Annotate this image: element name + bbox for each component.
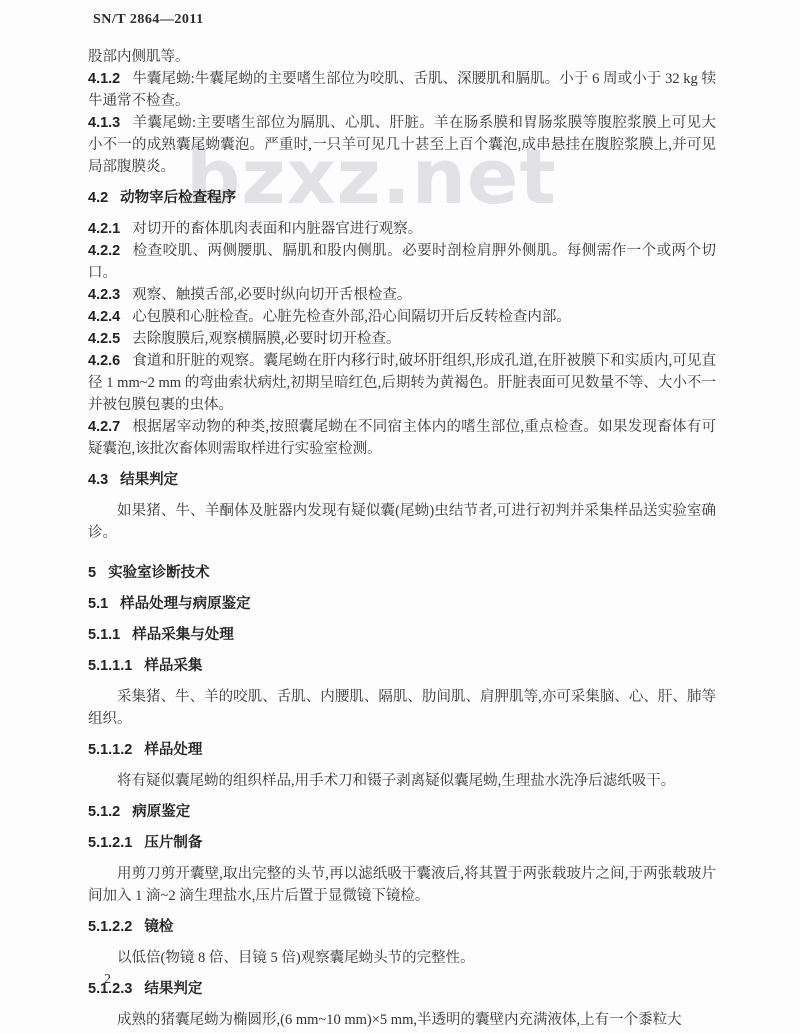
section-heading: 5.1.1.2样品处理 [88,739,716,761]
doc-code: SN/T 2864—2011 [93,12,204,28]
paragraph-text: 用剪刀剪开囊壁,取出完整的头节,再以滤纸吸干囊液后,将其置于两张载玻片之间,于两… [88,866,716,904]
paragraph-text: 采集猪、牛、羊的咬肌、舌肌、内腰肌、隔肌、肋间肌、肩胛肌等,亦可采集脑、心、肝、… [88,689,716,727]
paragraph: 4.2.5去除腹膜后,观察横膈膜,必要时切开检查。 [88,328,716,350]
paragraph: 4.2.2检查咬肌、两侧腰肌、膈肌和股内侧肌。必要时剖检肩胛外侧肌。每侧需作一个… [88,240,716,284]
paragraph: 4.2.1对切开的畜体肌肉表面和内脏器官进行观察。 [88,218,716,240]
paragraph-text: 压片制备 [144,835,202,851]
paragraph: 4.1.3羊囊尾蚴:主要嗜生部位为膈肌、心肌、肝脏。羊在肠系膜和胃肠浆膜等腹腔浆… [88,112,716,178]
section-heading: 5实验室诊断技术 [88,562,716,584]
section-heading: 5.1样品处理与病原鉴定 [88,593,716,615]
paragraph-text: 股部内侧肌等。 [88,49,190,65]
paragraph-text: 动物宰后检查程序 [120,190,236,206]
paragraph-text: 去除腹膜后,观察横膈膜,必要时切开检查。 [132,331,400,347]
section-heading: 5.1.1样品采集与处理 [88,624,716,646]
section-heading: 5.1.2.1压片制备 [88,832,716,854]
clause-number: 5.1.1.2 [88,742,132,758]
paragraph-text: 成熟的猪囊尾蚴为椭圆形,(6 mm~10 mm)×5 mm,半透明的囊壁内充满液… [117,1012,682,1028]
clause-number: 5.1.2 [88,804,120,820]
clause-number: 5 [88,565,96,581]
clause-number: 4.2.5 [88,331,120,347]
clause-number: 5.1 [88,596,108,612]
paragraph-text: 样品处理与病原鉴定 [120,596,251,612]
clause-number: 4.2.3 [88,287,120,303]
paragraph: 用剪刀剪开囊壁,取出完整的头节,再以滤纸吸干囊液后,将其置于两张载玻片之间,于两… [88,863,716,907]
paragraph-text: 如果猪、牛、羊酮体及脏器内发现有疑似囊(尾蚴)虫结节者,可进行初判并采集样品送实… [88,503,716,541]
clause-number: 5.1.1.1 [88,658,132,674]
section-heading: 5.1.2病原鉴定 [88,801,716,823]
paragraph-text: 观察、触摸舌部,必要时纵向切开舌根检查。 [132,287,411,303]
paragraph: 成熟的猪囊尾蚴为椭圆形,(6 mm~10 mm)×5 mm,半透明的囊壁内充满液… [88,1009,716,1031]
clause-number: 4.2.1 [88,221,120,237]
paragraph-text: 病原鉴定 [132,804,190,820]
paragraph: 4.2.3观察、触摸舌部,必要时纵向切开舌根检查。 [88,284,716,306]
paragraph-text: 以低倍(物镜 8 倍、目镜 5 倍)观察囊尾蚴头节的完整性。 [117,950,475,966]
clause-number: 5.1.2.1 [88,835,132,851]
section-heading: 5.1.1.1样品采集 [88,655,716,677]
clause-number: 4.2.2 [88,243,120,259]
paragraph-text: 羊囊尾蚴:主要嗜生部位为膈肌、心肌、肝脏。羊在肠系膜和胃肠浆膜等腹腔浆膜上可见大… [88,115,716,175]
section-heading: 4.2动物宰后检查程序 [88,187,716,209]
clause-number: 4.2.4 [88,309,120,325]
paragraph: 以低倍(物镜 8 倍、目镜 5 倍)观察囊尾蚴头节的完整性。 [88,947,716,969]
paragraph-text: 样品处理 [144,742,202,758]
paragraph-text: 结果判定 [144,981,202,997]
clause-number: 4.2.7 [88,419,120,435]
document-page: bzxz.net SN/T 2864—2011 股部内侧肌等。4.1.2牛囊尾蚴… [0,0,800,1034]
paragraph-text: 牛囊尾蚴:牛囊尾蚴的主要嗜生部位为咬肌、舌肌、深腰肌和膈肌。小于 6 周或小于 … [88,71,716,109]
clause-number: 4.2.6 [88,353,120,369]
paragraph: 4.2.7根据屠宰动物的种类,按照囊尾蚴在不同宿主体内的嗜生部位,重点检查。如果… [88,416,716,460]
doc-content: 股部内侧肌等。4.1.2牛囊尾蚴:牛囊尾蚴的主要嗜生部位为咬肌、舌肌、深腰肌和膈… [88,46,716,1034]
paragraph-text: 将有疑似囊尾蚴的组织样品,用手术刀和镊子剥离疑似囊尾蚴,生理盐水洗净后滤纸吸干。 [117,773,675,789]
paragraph: 将有疑似囊尾蚴的组织样品,用手术刀和镊子剥离疑似囊尾蚴,生理盐水洗净后滤纸吸干。 [88,770,716,792]
paragraph: 4.1.2牛囊尾蚴:牛囊尾蚴的主要嗜生部位为咬肌、舌肌、深腰肌和膈肌。小于 6 … [88,68,716,112]
paragraph: 股部内侧肌等。 [88,46,716,68]
paragraph: 如果猪、牛、羊酮体及脏器内发现有疑似囊(尾蚴)虫结节者,可进行初判并采集样品送实… [88,500,716,544]
clause-number: 4.1.2 [88,71,120,87]
clause-number: 5.1.2.2 [88,919,132,935]
paragraph-text: 样品采集与处理 [132,627,234,643]
paragraph-text: 结果判定 [120,472,178,488]
clause-number: 5.1.1 [88,627,120,643]
clause-number: 4.3 [88,472,108,488]
clause-number: 4.2 [88,190,108,206]
paragraph: 4.2.4心包膜和心脏检查。心脏先检查外部,沿心间隔切开后反转检查内部。 [88,306,716,328]
paragraph: 采集猪、牛、羊的咬肌、舌肌、内腰肌、隔肌、肋间肌、肩胛肌等,亦可采集脑、心、肝、… [88,686,716,730]
paragraph-text: 心包膜和心脏检查。心脏先检查外部,沿心间隔切开后反转检查内部。 [132,309,571,325]
paragraph-text: 食道和肝脏的观察。囊尾蚴在肝内移行时,破坏肝组织,形成孔道,在肝被膜下和实质内,… [88,353,716,413]
clause-number: 4.1.3 [88,115,120,131]
paragraph-text: 根据屠宰动物的种类,按照囊尾蚴在不同宿主体内的嗜生部位,重点检查。如果发现畜体有… [88,419,716,457]
paragraph-text: 对切开的畜体肌肉表面和内脏器官进行观察。 [132,221,422,237]
section-heading: 5.1.2.2镜检 [88,916,716,938]
page-number: 2 [104,972,111,988]
paragraph-text: 镜检 [144,919,173,935]
paragraph-text: 检查咬肌、两侧腰肌、膈肌和股内侧肌。必要时剖检肩胛外侧肌。每侧需作一个或两个切口… [88,243,716,281]
paragraph: 4.2.6食道和肝脏的观察。囊尾蚴在肝内移行时,破坏肝组织,形成孔道,在肝被膜下… [88,350,716,416]
paragraph-text: 实验室诊断技术 [108,565,210,581]
section-heading: 4.3结果判定 [88,469,716,491]
section-heading: 5.1.2.3结果判定 [88,978,716,1000]
paragraph-text: 样品采集 [144,658,202,674]
